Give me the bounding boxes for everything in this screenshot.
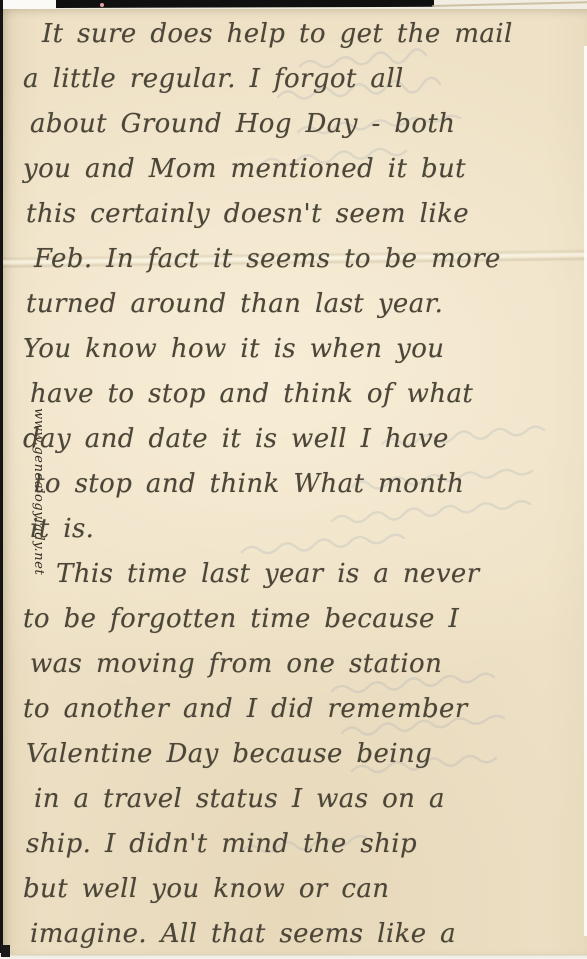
letter-line: to be forgotten time because I [23,597,579,642]
letter-line: Feb. In fact it seems to be more [34,237,579,282]
letter-line: you and Mom mentioned it but [23,147,579,192]
scan-edge-left [0,0,3,953]
letter-line: to another and I did remember [23,687,579,732]
scanned-letter: www.genealogylady.net It sure does help … [0,0,587,959]
letter-line: Valentine Day because being [26,732,579,777]
letter-line: but well you know or can [23,867,579,912]
page-edge-top-right [432,1,587,7]
letter-line: it is. [30,507,579,552]
letter-line: this certainly doesn't seem like [26,192,579,237]
page-edge-bottom [0,954,587,959]
letter-line: It sure does help to get the mail [26,12,579,57]
letter-paragraph: This time last year is a neverto be forg… [26,552,579,957]
letter-line: about Ground Hog Day - both [30,102,579,147]
letter-line: was moving from one station [30,642,579,687]
letter-line: day and date it is well I have [23,417,579,462]
letter-body: It sure does help to get the maila littl… [26,12,579,957]
letter-line: turned around than last year. [26,282,579,327]
letter-line: ship. I didn't mind the ship [26,822,579,867]
letter-paragraph: It sure does help to get the maila littl… [26,12,579,552]
scan-corner-bottom-left [1,945,10,957]
letter-line: have to stop and think of what [30,372,579,417]
letter-line: in a travel status I was on a [34,777,579,822]
letter-line: a little regular. I forgot all [23,57,579,102]
scan-edge-top [54,0,434,8]
letter-line: imagine. All that seems like a [30,912,579,957]
letter-line: This time last year is a never [26,552,579,597]
letter-line: to stop and think What month [34,462,579,507]
dust-speck [100,3,104,7]
scan-corner-top-left [2,0,56,9]
letter-line: You know how it is when you [23,327,579,372]
